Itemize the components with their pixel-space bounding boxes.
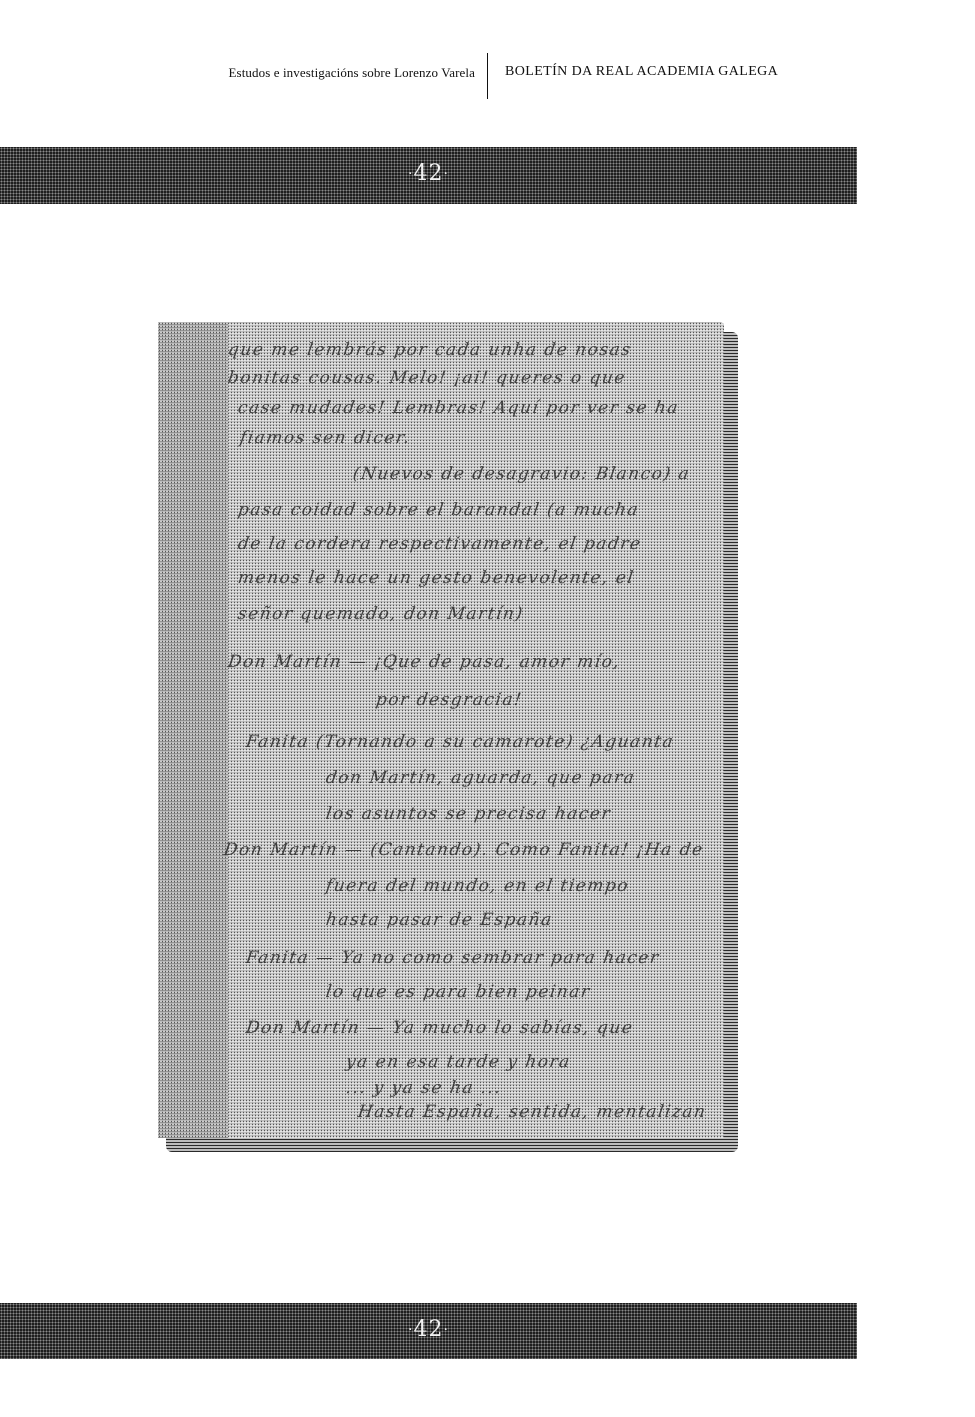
handwritten-line: los asuntos se precisa hacer <box>325 804 613 824</box>
handwritten-line: ... y ya se ha ... <box>345 1078 503 1098</box>
page-number-top: ·42· <box>408 161 449 186</box>
document-page: Estudos e investigacións sobre Lorenzo V… <box>0 0 975 1417</box>
handwritten-line: Don Martín — Ya mucho lo sabías, que <box>245 1018 635 1038</box>
handwritten-line: fiamos sen dicer. <box>239 428 412 448</box>
ornament-right-icon: · <box>444 1322 449 1338</box>
running-header: Estudos e investigacións sobre Lorenzo V… <box>0 53 975 100</box>
handwritten-line: menos le hace un gesto benevolente, el <box>237 568 636 588</box>
manuscript-scan: que me lembrás por cada unha de nosasbon… <box>158 322 724 1138</box>
handwritten-line: hasta pasar de España <box>325 910 554 930</box>
series-title: Estudos e investigacións sobre Lorenzo V… <box>229 65 476 81</box>
handwritten-line: (Nuevos de desagravio: Blanco) a <box>352 464 692 484</box>
page-number-band-top: ·42· <box>0 147 857 204</box>
handwritten-line: señor quemado, don Martín) <box>237 604 525 624</box>
page-number-bottom: ·42· <box>408 1317 449 1342</box>
handwritten-line: Don Martín — (Cantando). Como Fanita! ¡H… <box>223 840 705 860</box>
handwritten-line: pasa coidad sobre el barandal (a mucha <box>237 500 641 520</box>
handwritten-line: Fanita — Ya no como sembrar para hacer <box>245 948 661 968</box>
header-divider <box>487 53 488 99</box>
handwritten-line: que me lembrás por cada unha de nosas <box>227 340 633 360</box>
handwritten-line: por desgracia! <box>375 690 524 710</box>
journal-title: BOLETÍN DA REAL ACADEMIA GALEGA <box>505 64 778 80</box>
handwritten-line: don Martín, aguarda, que para <box>325 768 637 788</box>
handwritten-line: lo que es para bien peinar <box>325 982 592 1002</box>
page-number-value: 42 <box>414 1317 444 1342</box>
page-number-band-bottom: ·42· <box>0 1303 857 1359</box>
handwritten-line: ya en esa tarde y hora <box>345 1052 573 1072</box>
page-number-value: 42 <box>414 161 444 186</box>
handwritten-line: Don Martín — ¡Que de pasa, amor mío, <box>227 652 622 672</box>
handwritten-line: Hasta España, sentida, mentalizan <box>357 1102 708 1122</box>
ornament-right-icon: · <box>444 166 449 182</box>
handwritten-line: fuera del mundo, en el tiempo <box>325 876 631 896</box>
handwritten-line: case mudades! Lembras! Aquí por ver se h… <box>237 398 681 418</box>
manuscript-figure: que me lembrás por cada unha de nosasbon… <box>158 322 738 1152</box>
handwritten-line: Fanita (Tornando a su camarote) ¿Aguanta <box>245 732 676 752</box>
handwritten-line: bonitas cousas. Melo! ¡ai! queres o que <box>227 368 628 388</box>
handwritten-line: de la cordera respectivamente, el padre <box>237 534 643 554</box>
